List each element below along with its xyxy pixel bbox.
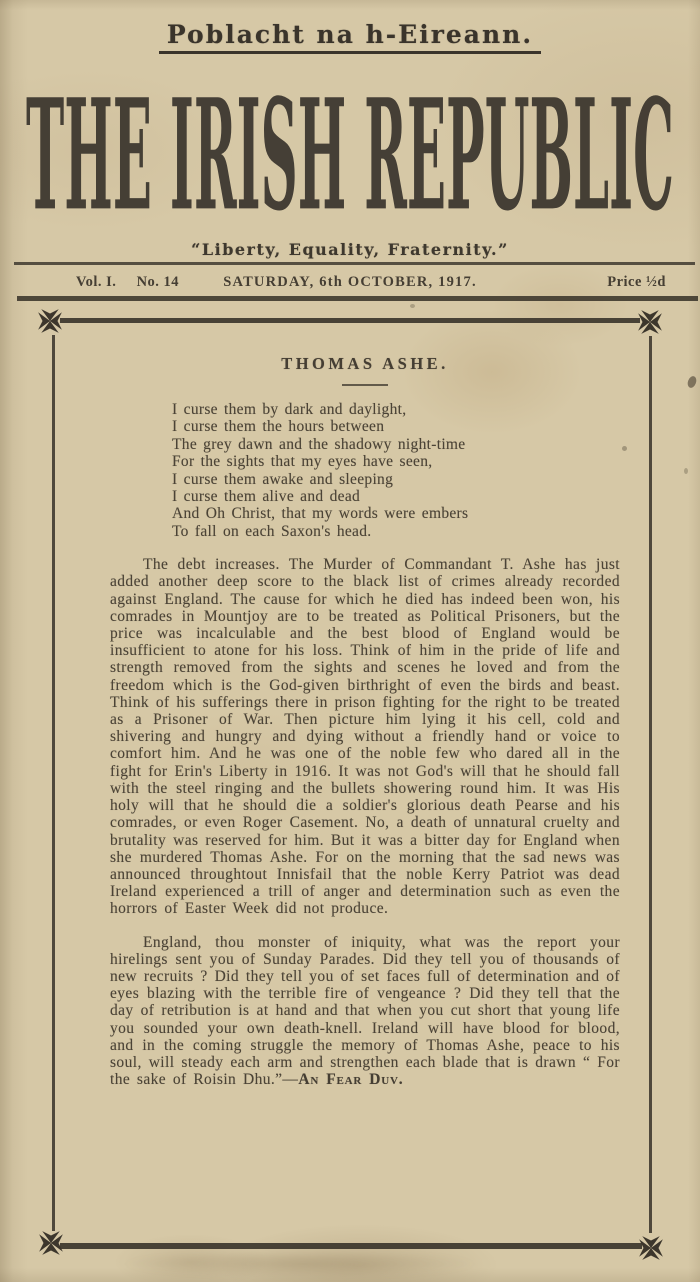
paragraph-2-text: England, thou monster of iniquity, what …: [110, 934, 620, 1089]
gaelic-title-text: Poblacht na h-Eireann.: [159, 20, 541, 54]
maltese-cross-icon: [635, 307, 665, 337]
paper-speck: [410, 304, 415, 308]
frame-top-bar: [60, 318, 640, 323]
header-rule-bottom: [17, 296, 698, 301]
maltese-cross-icon: [35, 306, 65, 336]
masthead-text: THE IRISH REPUBLIC: [26, 66, 674, 220]
poem-line: I curse them by dark and daylight,: [172, 401, 620, 418]
title-divider: [342, 384, 388, 386]
frame-bottom-bar: [60, 1243, 642, 1249]
paragraph-1: The debt increases. The Murder of Comman…: [110, 556, 620, 917]
masthead-title: THE IRISH REPUBLIC: [0, 56, 700, 220]
maltese-cross-icon: [636, 1233, 666, 1263]
poem-line: And Oh Christ, that my words were embers: [172, 505, 620, 522]
paper-speck: [622, 446, 627, 451]
poem-line: I curse them awake and sleeping: [172, 471, 620, 488]
paragraph-1-text: The debt increases. The Murder of Comman…: [110, 556, 620, 917]
paragraph-2: England, thou monster of iniquity, what …: [110, 934, 620, 1089]
maltese-cross-icon: [36, 1228, 66, 1258]
article-title: THOMAS ASHE.: [110, 354, 620, 374]
author-signature: An Fear Duv.: [298, 1071, 403, 1088]
poem-line: The grey dawn and the shadowy night-time: [172, 436, 620, 453]
gaelic-title: Poblacht na h-Eireann.: [0, 20, 700, 54]
newspaper-page: Poblacht na h-Eireann. THE IRISH REPUBLI…: [0, 0, 700, 1282]
poem-line: To fall on each Saxon's head.: [172, 523, 620, 540]
issue-date: SATURDAY, 6th OCTOBER, 1917.: [0, 274, 700, 291]
poem-line: For the sights that my eyes have seen,: [172, 453, 620, 470]
paper-speck: [686, 375, 698, 389]
motto: “Liberty, Equality, Fraternity.”: [0, 240, 700, 259]
header-rule-top: [14, 262, 695, 265]
frame-right-rule: [649, 336, 652, 1233]
price-label: Price ½d: [607, 274, 666, 291]
volume-line: Vol. I. No. 14 SATURDAY, 6th OCTOBER, 19…: [0, 272, 700, 294]
frame-left-rule: [52, 335, 55, 1231]
poem-line: I curse them alive and dead: [172, 488, 620, 505]
paper-smudge: [120, 1250, 480, 1278]
article: THOMAS ASHE. I curse them by dark and da…: [110, 340, 620, 1088]
poem: I curse them by dark and daylight, I cur…: [110, 401, 620, 540]
poem-line: I curse them the hours between: [172, 418, 620, 435]
paper-speck: [684, 468, 688, 474]
